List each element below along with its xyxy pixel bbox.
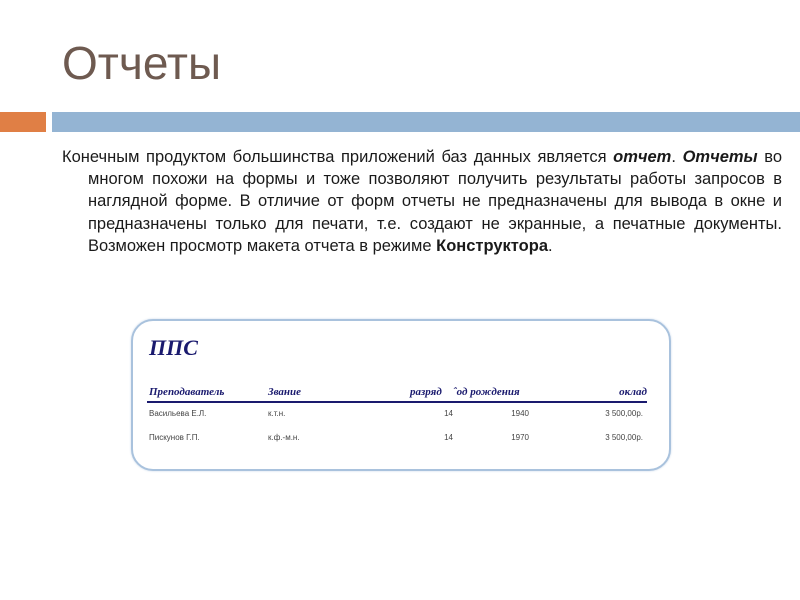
header-rank: Звание bbox=[268, 386, 301, 398]
body-text-end: . bbox=[548, 237, 553, 255]
row2-salary: 3 500,00р. bbox=[563, 433, 643, 442]
row2-birth-year: 1970 bbox=[493, 433, 529, 442]
title-underline-bar bbox=[52, 112, 800, 132]
row1-birth-year: 1940 bbox=[493, 409, 529, 418]
term-reports: Отчеты bbox=[683, 148, 758, 166]
accent-bar bbox=[0, 112, 46, 132]
body-separator: . bbox=[671, 148, 682, 166]
row1-grade: 14 bbox=[423, 409, 453, 418]
report-title: ППС bbox=[149, 335, 198, 361]
term-report: отчет bbox=[613, 148, 671, 166]
header-teacher: Преподаватель bbox=[149, 386, 224, 398]
row2-teacher: Пискунов Г.П. bbox=[149, 433, 200, 442]
header-rule bbox=[147, 401, 647, 403]
report-preview: ППС Преподаватель Звание разряд ˆод рожд… bbox=[131, 319, 671, 471]
header-salary: оклад bbox=[619, 386, 647, 398]
body-text-start: Конечным продуктом большинства приложени… bbox=[62, 148, 613, 166]
row2-rank: к.ф.-м.н. bbox=[268, 433, 300, 442]
row1-rank: к.т.н. bbox=[268, 409, 285, 418]
slide-title: Отчеты bbox=[62, 36, 221, 90]
body-paragraph: Конечным продуктом большинства приложени… bbox=[62, 146, 782, 257]
row1-salary: 3 500,00р. bbox=[563, 409, 643, 418]
header-birth-year: ˆод рождения bbox=[453, 386, 520, 398]
row1-teacher: Васильева Е.Л. bbox=[149, 409, 206, 418]
row2-grade: 14 bbox=[423, 433, 453, 442]
term-designer: Конструктора bbox=[436, 237, 548, 255]
header-grade: разряд bbox=[410, 386, 442, 398]
